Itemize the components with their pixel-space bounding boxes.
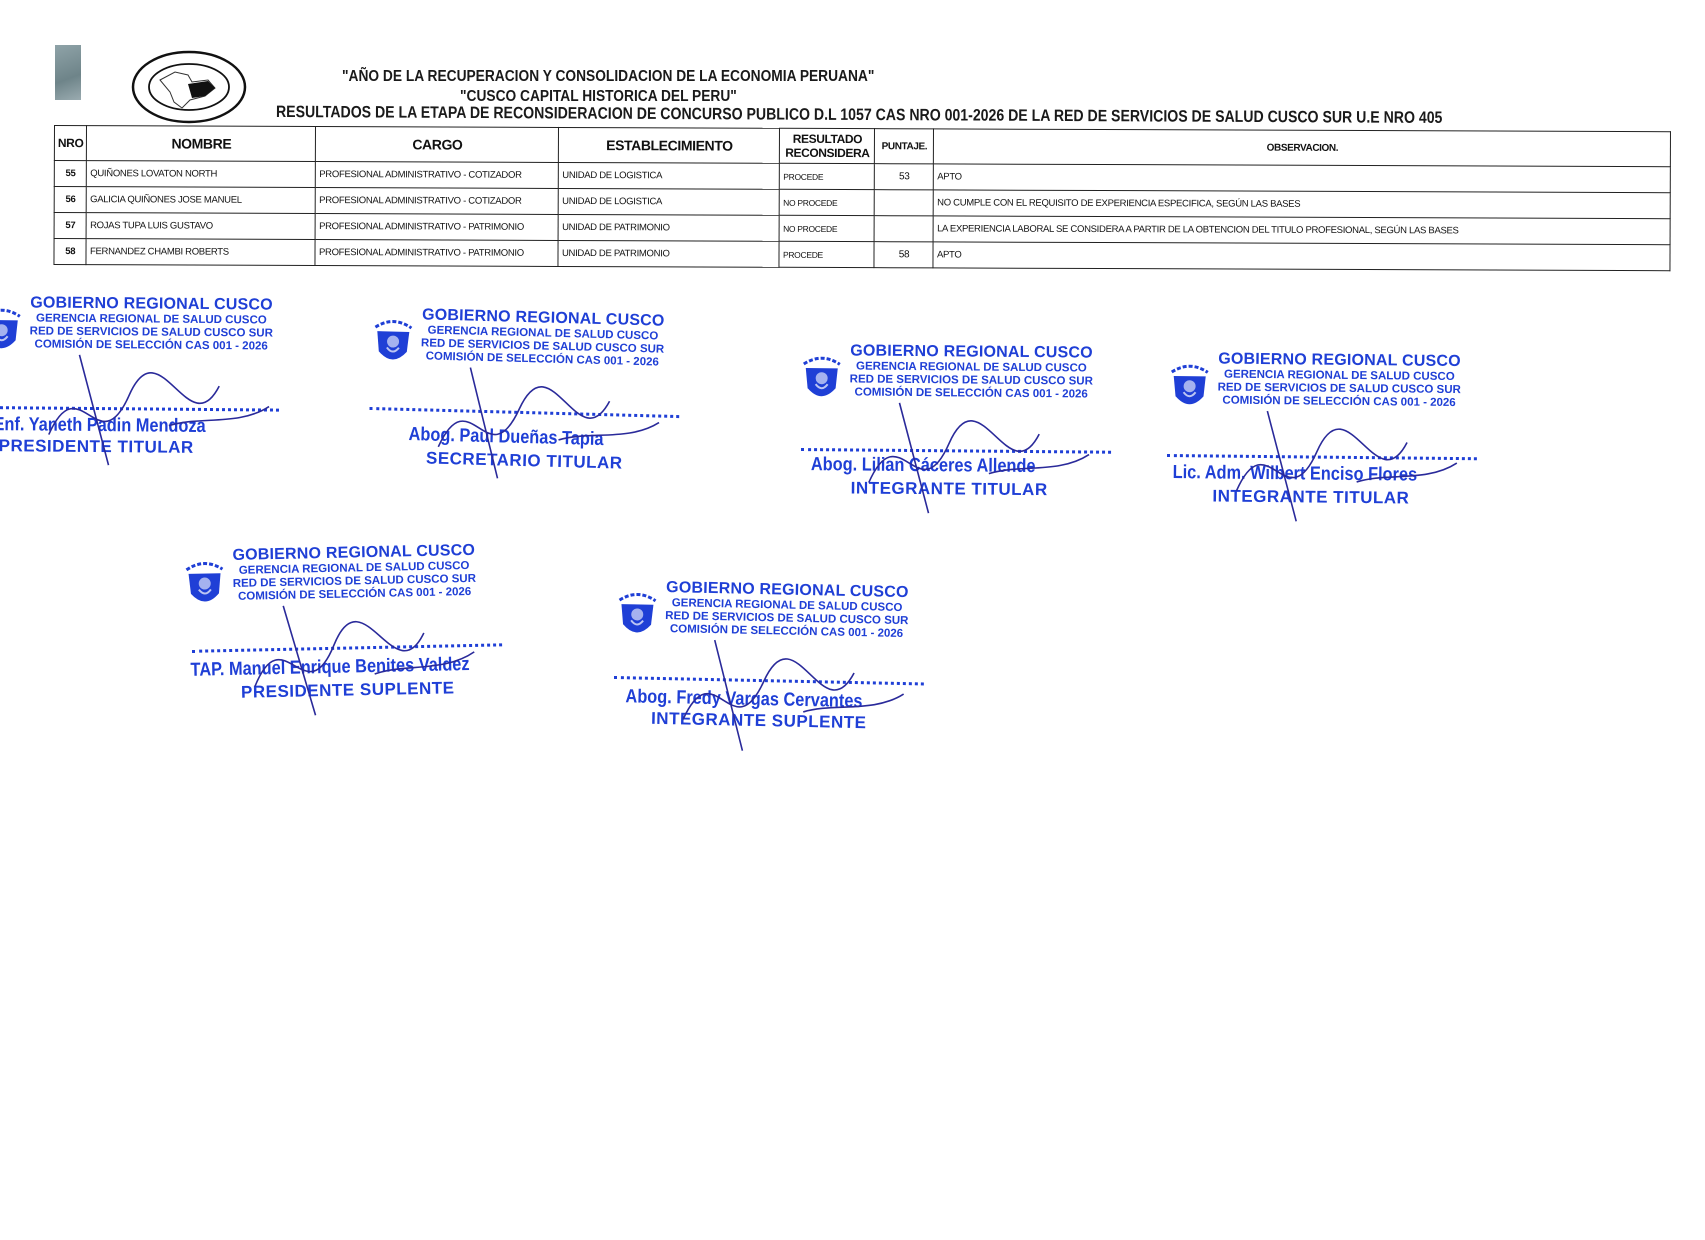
signatory-role: INTEGRANTE SUPLENTE bbox=[651, 709, 867, 734]
cell-nombre: ROJAS TUPA LUIS GUSTAVO bbox=[87, 213, 316, 240]
stamp-line-4: COMISIÓN DE SELECCIÓN CAS 001 - 2026 bbox=[850, 386, 1093, 401]
signatory-role: INTEGRANTE TITULAR bbox=[851, 478, 1048, 500]
table-row: 58 FERNANDEZ CHAMBI ROBERTS PROFESIONAL … bbox=[54, 239, 1671, 271]
cell-nro: 57 bbox=[54, 213, 87, 239]
signatory-name: Lic. Enf. Yaneth Padin Mendoza bbox=[0, 414, 206, 438]
cell-resultado: PROCEDE bbox=[779, 241, 874, 267]
signature-line bbox=[192, 643, 502, 652]
signatory-name: TAP. Manuel Enrique Benites Valdez bbox=[190, 654, 469, 682]
col-observacion: OBSERVACION. bbox=[934, 129, 1671, 167]
cell-nombre: FERNANDEZ CHAMBI ROBERTS bbox=[86, 239, 315, 266]
gray-seal-image bbox=[55, 45, 81, 100]
cell-puntaje bbox=[875, 216, 934, 242]
stamp-text: GOBIERNO REGIONAL CUSCO GERENCIA REGIONA… bbox=[232, 542, 476, 604]
stamp-text: GOBIERNO REGIONAL CUSCO GERENCIA REGIONA… bbox=[1217, 351, 1461, 411]
stamp-text: GOBIERNO REGIONAL CUSCO GERENCIA REGIONA… bbox=[420, 306, 665, 369]
signatory-name: Lic. Adm. Wilbert Enciso Flores bbox=[1173, 462, 1418, 487]
cell-puntaje bbox=[875, 190, 934, 216]
cell-observacion: NO CUMPLE CON EL REQUISITO DE EXPERIENCI… bbox=[934, 190, 1671, 219]
peru-coat-of-arms-icon bbox=[182, 559, 227, 610]
signatory-role: PRESIDENTE SUPLENTE bbox=[241, 678, 455, 702]
peru-coat-of-arms-icon bbox=[370, 317, 415, 368]
signatory-role: PRESIDENTE TITULAR bbox=[0, 436, 194, 458]
stamp-line-4: COMISIÓN DE SELECCIÓN CAS 001 - 2026 bbox=[30, 338, 273, 353]
col-nombre: NOMBRE bbox=[87, 126, 316, 162]
cell-nro: 58 bbox=[54, 239, 87, 265]
cell-nro: 55 bbox=[54, 161, 87, 187]
col-nro: NRO bbox=[54, 126, 87, 161]
peru-coat-of-arms-icon bbox=[799, 354, 843, 404]
cell-cargo: PROFESIONAL ADMINISTRATIVO - PATRIMONIO bbox=[316, 214, 559, 241]
header-year-slogan: "AÑO DE LA RECUPERACION Y CONSOLIDACION … bbox=[342, 68, 874, 86]
stamp-line-1: GOBIERNO REGIONAL CUSCO bbox=[850, 342, 1093, 362]
signature-line bbox=[1167, 454, 1477, 460]
cell-resultado: NO PROCEDE bbox=[780, 215, 875, 241]
stamp-text: GOBIERNO REGIONAL CUSCO GERENCIA REGIONA… bbox=[850, 342, 1094, 401]
peru-coat-of-arms-icon bbox=[0, 306, 24, 356]
stamp-line-1: GOBIERNO REGIONAL CUSCO bbox=[30, 294, 273, 314]
cell-resultado: NO PROCEDE bbox=[780, 189, 875, 215]
cell-cargo: PROFESIONAL ADMINISTRATIVO - COTIZADOR bbox=[316, 188, 559, 215]
signature-line bbox=[0, 406, 279, 412]
cell-observacion: LA EXPERIENCIA LABORAL SE CONSIDERA A PA… bbox=[934, 216, 1671, 245]
col-establecimiento: ESTABLECIMIENTO bbox=[559, 127, 780, 163]
col-resultado: RESULTADO RECONSIDERA bbox=[780, 128, 875, 163]
col-cargo: CARGO bbox=[316, 127, 559, 163]
cell-puntaje: 53 bbox=[875, 164, 934, 190]
cell-nombre: QUIÑONES LOVATON NORTH bbox=[87, 161, 316, 188]
col-puntaje: PUNTAJE. bbox=[875, 129, 934, 164]
signature-line bbox=[369, 407, 679, 418]
peru-coat-of-arms-icon bbox=[1167, 362, 1212, 412]
cell-cargo: PROFESIONAL ADMINISTRATIVO - PATRIMONIO bbox=[315, 240, 558, 267]
cell-establecimiento: UNIDAD DE LOGISTICA bbox=[559, 188, 780, 215]
cell-observacion: APTO bbox=[934, 164, 1671, 193]
cell-establecimiento: UNIDAD DE PATRIMONIO bbox=[559, 214, 780, 241]
signatory-role: SECRETARIO TITULAR bbox=[426, 448, 623, 473]
signature-line bbox=[801, 448, 1111, 454]
signature-line bbox=[614, 676, 924, 685]
peru-coat-of-arms-icon bbox=[615, 590, 660, 641]
red-salud-cusco-sur-logo bbox=[130, 50, 248, 125]
signatory-role: INTEGRANTE TITULAR bbox=[1212, 486, 1409, 508]
document-title: RESULTADOS DE LA ETAPA DE RECONSIDERACIO… bbox=[276, 103, 1442, 128]
cell-resultado: PROCEDE bbox=[780, 163, 875, 189]
cell-establecimiento: UNIDAD DE LOGISTICA bbox=[559, 162, 780, 189]
stamp-text: GOBIERNO REGIONAL CUSCO GERENCIA REGIONA… bbox=[30, 294, 274, 353]
cell-nro: 56 bbox=[54, 187, 87, 213]
signatory-name: Abog. Lilian Cáceres Allende bbox=[811, 454, 1036, 478]
cell-establecimiento: UNIDAD DE PATRIMONIO bbox=[558, 240, 779, 267]
cell-nombre: GALICIA QUIÑONES JOSE MANUEL bbox=[87, 187, 316, 214]
signatory-name: Abog. Paul Dueñas Tapia bbox=[408, 424, 603, 451]
cell-cargo: PROFESIONAL ADMINISTRATIVO - COTIZADOR bbox=[316, 162, 559, 189]
stamp-line-4: COMISIÓN DE SELECCIÓN CAS 001 - 2026 bbox=[1217, 395, 1460, 411]
stamp-text: GOBIERNO REGIONAL CUSCO GERENCIA REGIONA… bbox=[665, 579, 909, 641]
cell-puntaje: 58 bbox=[874, 242, 933, 268]
cell-observacion: APTO bbox=[933, 242, 1670, 271]
results-table: NRO NOMBRE CARGO ESTABLECIMIENTO RESULTA… bbox=[53, 125, 1671, 271]
